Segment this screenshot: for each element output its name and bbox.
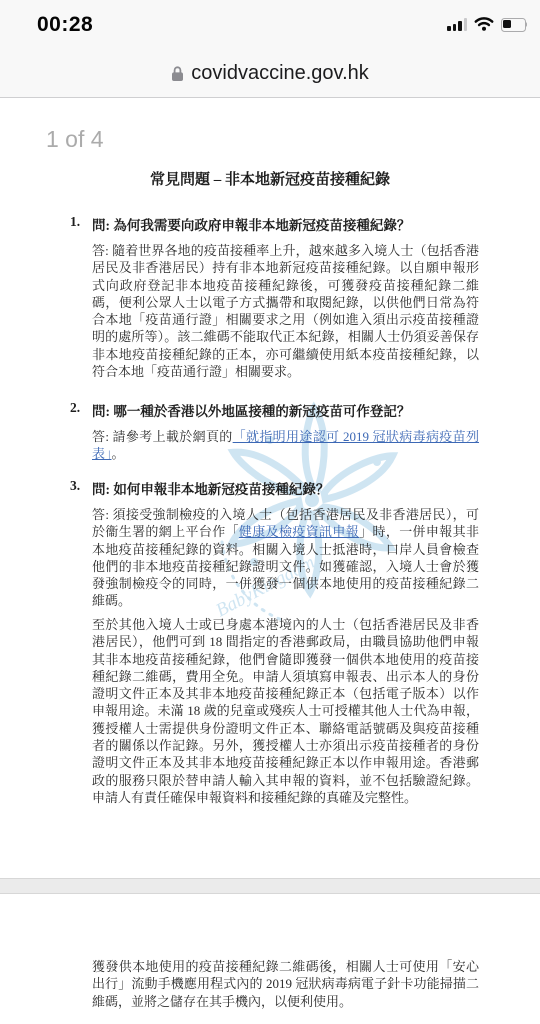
question-text: 問: 哪一種於香港以外地區接種的新冠疫苗可作登記？ — [92, 400, 410, 420]
question-text: 問: 如何申報非本地新冠疫苗接種紀錄？ — [92, 478, 329, 498]
paragraph-leavehomesafe: 獲發供本地使用的疫苗接種紀錄二維碼後，相關人士可使用「安心出行」流動手機應用程式… — [92, 958, 479, 1010]
question-number: 3. — [70, 478, 92, 498]
faq-item-1: 1. 問: 為何我需要向政府申報非本地新冠疫苗接種紀錄？ 答: 隨着世界各地的疫… — [70, 214, 480, 380]
page-indicator: 1 of 4 — [46, 126, 104, 153]
answer-text: 答: 須接受強制檢疫的入境人士（包括香港居民及非香港居民），可於衞生署的網上平台… — [92, 506, 479, 610]
faq-item-3: 3. 問: 如何申報非本地新冠疫苗接種紀錄？ 答: 須接受強制檢疫的入境人士（包… — [70, 478, 480, 610]
answer-text: 答: 請參考上載於網頁的「就指明用途認可 2019 冠狀病毒病疫苗列表」。 — [92, 428, 479, 463]
health-declaration-link[interactable]: 健康及檢疫資訊申報 — [239, 524, 359, 539]
faq-item-2: 2. 問: 哪一種於香港以外地區接種的新冠疫苗可作登記？ 答: 請參考上載於網頁… — [70, 400, 480, 463]
page-break-divider — [0, 878, 540, 894]
cellular-signal-icon — [447, 18, 467, 31]
lock-icon — [171, 65, 184, 82]
question-number: 2. — [70, 400, 92, 420]
doc-title: 常見問題 – 非本地新冠疫苗接種紀錄 — [0, 168, 540, 189]
status-icons — [447, 17, 527, 31]
answer-post: 。 — [112, 446, 125, 461]
address-bar[interactable]: covidvaccine.gov.hk — [0, 50, 540, 98]
paragraph-post-office: 至於其他入境人士或已身處本港境內的人士（包括香港居民及非香港居民），他們可到 1… — [92, 616, 479, 806]
wifi-icon — [474, 17, 494, 31]
battery-icon — [501, 18, 527, 31]
status-bar: 00:28 — [0, 0, 540, 50]
question-number: 1. — [70, 214, 92, 234]
question-text: 問: 為何我需要向政府申報非本地新冠疫苗接種紀錄？ — [92, 214, 410, 234]
status-time: 00:28 — [37, 13, 93, 37]
answer-text: 答: 隨着世界各地的疫苗接種率上升，越來越多入境人士（包括香港居民及非香港居民）… — [92, 242, 479, 380]
url-text: covidvaccine.gov.hk — [191, 62, 369, 85]
answer-pre: 答: 請參考上載於網頁的 — [92, 429, 233, 444]
